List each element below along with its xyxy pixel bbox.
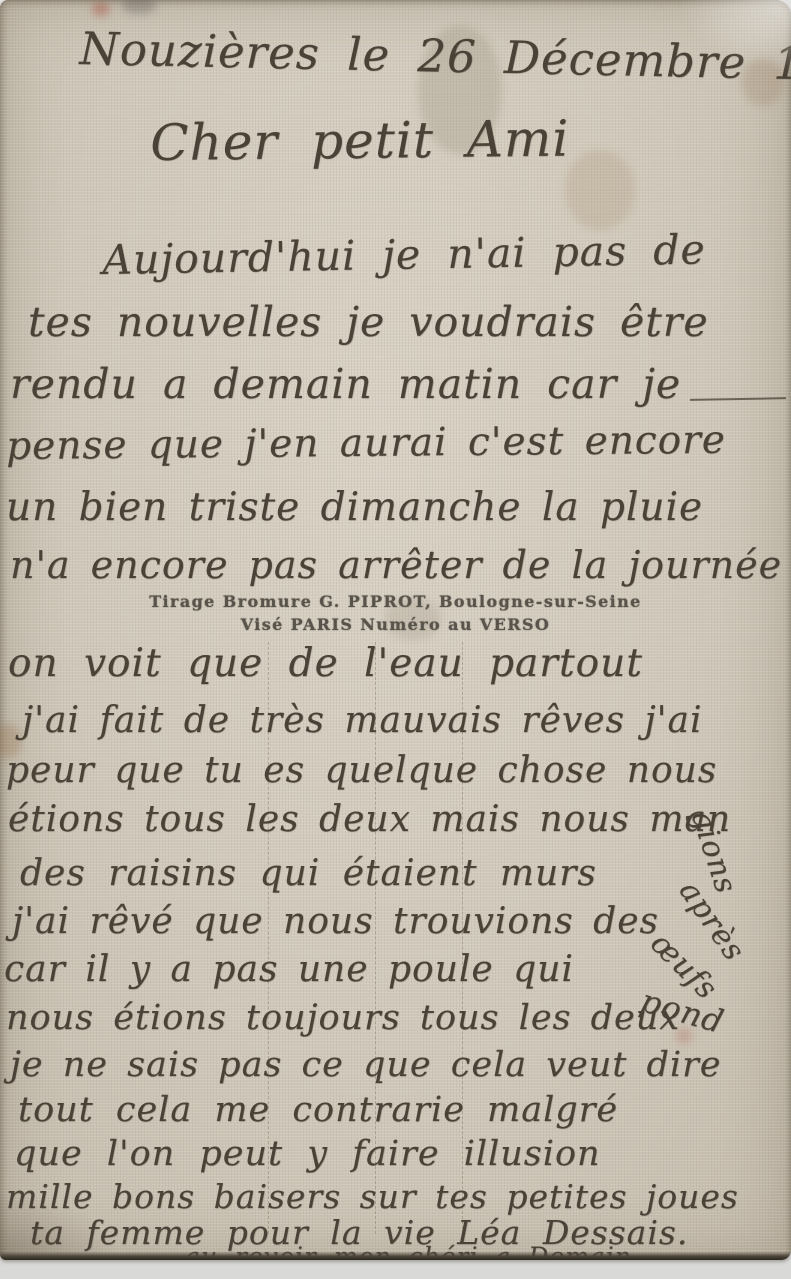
salutation: Cher petit Ami: [150, 114, 570, 168]
body-line: je ne sais pas ce que cela veut dire: [10, 1048, 722, 1083]
body-line: j'ai rêvé que nous trouvions des: [12, 904, 659, 940]
photographer-stamp-line-1: Tirage Bromure G. PIPROT, Boulogne-sur-S…: [0, 594, 791, 610]
body-line: un bien triste dimanche la pluie: [6, 488, 703, 527]
card-bottom-edge: [0, 1252, 791, 1260]
worn-corner-highlight: [681, 0, 791, 70]
body-line: Aujourd'hui je n'ai pas de: [102, 229, 706, 281]
postcard: Nouzières le 26 Décembre 1915 Cher petit…: [0, 0, 791, 1260]
body-line: tes nouvelles je voudrais être: [28, 302, 709, 343]
body-line: nous étions toujours tous les deux: [6, 1001, 680, 1036]
worn-corner-shadow: [0, 1190, 120, 1260]
photographer-stamp-line-2: Visé PARIS Numéro au VERSO: [0, 617, 791, 633]
body-line: rendu a demain matin car je: [10, 364, 681, 405]
body-line: tout cela me contrarie malgré: [18, 1093, 618, 1128]
stain: [565, 150, 635, 230]
body-line: car il y a pas une poule qui: [4, 952, 574, 988]
body-line: j'ai fait de très mauvais rêves j'ai: [22, 703, 703, 739]
stain: [92, 2, 110, 16]
body-line: n'a encore pas arrêter de la journée: [10, 546, 782, 584]
body-line: des raisins qui étaient murs: [20, 856, 597, 892]
scan-background: Nouzières le 26 Décembre 1915 Cher petit…: [0, 0, 791, 1279]
body-line: étions tous les deux mais nous man: [8, 802, 731, 838]
body-line: on voit que de l'eau partout: [8, 644, 643, 683]
body-line: pense que j'en aurai c'est encore: [6, 421, 726, 466]
body-line: que l'on peut y faire illusion: [14, 1137, 601, 1172]
body-line: peur que tu es quelque chose nous: [6, 753, 717, 789]
